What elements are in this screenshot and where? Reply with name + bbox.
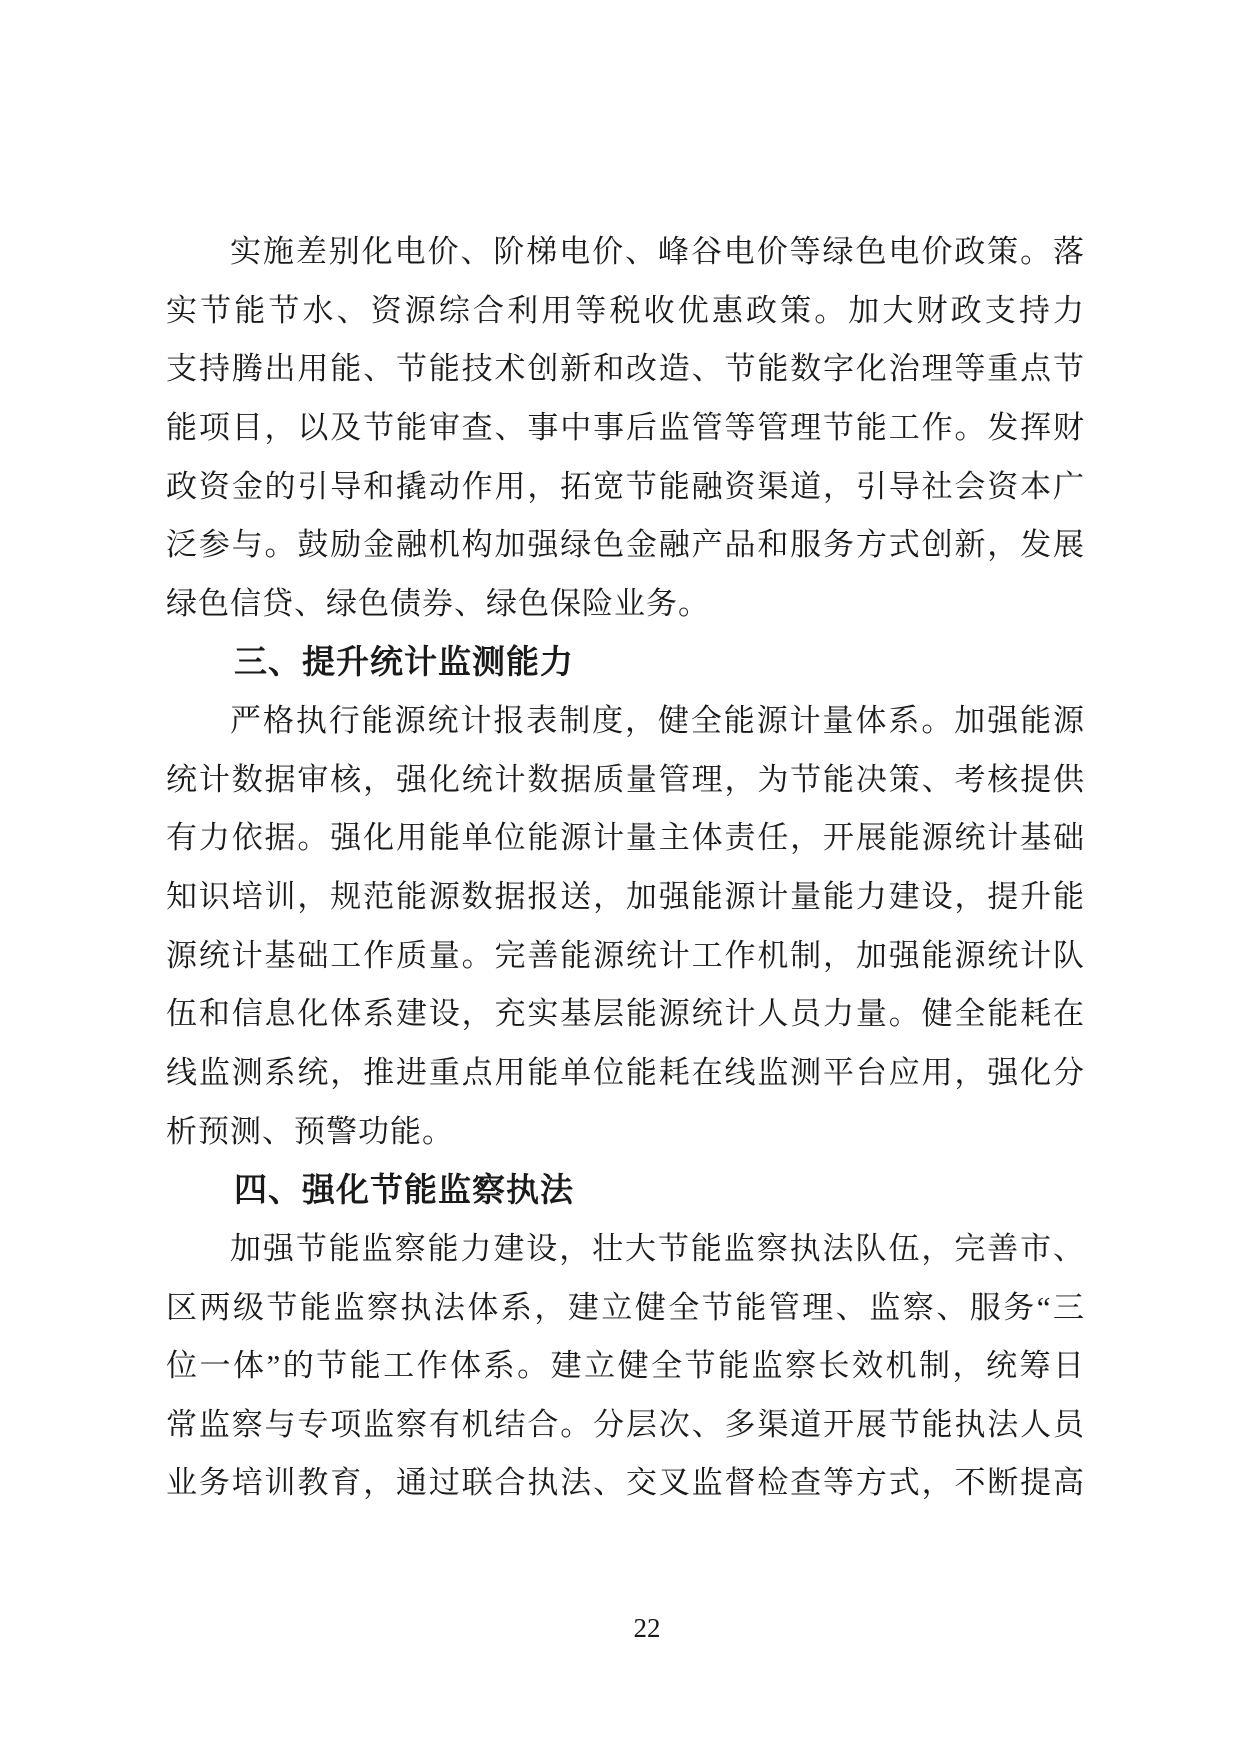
paragraph-line: 实节能节水、资源综合利用等税收优惠政策。加大财政支持力度， bbox=[166, 282, 1085, 341]
paragraph-line: 知识培训，规范能源数据报送，加强能源计量能力建设，提升能 bbox=[166, 868, 1085, 927]
paragraph-line: 常监察与专项监察有机结合。分层次、多渠道开展节能执法人员 bbox=[166, 1396, 1085, 1455]
document-body: 实施差别化电价、阶梯电价、峰谷电价等绿色电价政策。落 实节能节水、资源综合利用等… bbox=[166, 223, 1085, 1513]
paragraph-line: 统计数据审核，强化统计数据质量管理，为节能决策、考核提供 bbox=[166, 751, 1085, 810]
paragraph-line: 有力依据。强化用能单位能源计量主体责任，开展能源统计基础 bbox=[166, 809, 1085, 868]
paragraph-line: 业务培训教育，通过联合执法、交叉监督检查等方式，不断提高 bbox=[166, 1454, 1085, 1513]
paragraph-line: 源统计基础工作质量。完善能源统计工作机制，加强能源统计队 bbox=[166, 927, 1085, 986]
paragraph-line: 加强节能监察能力建设，壮大节能监察执法队伍，完善市、 bbox=[166, 1220, 1085, 1279]
paragraph-line: 绿色信贷、绿色债券、绿色保险业务。 bbox=[166, 575, 1085, 634]
page-footer: 22 bbox=[0, 1608, 1240, 1648]
paragraph-line: 伍和信息化体系建设，充实基层能源统计人员力量。健全能耗在 bbox=[166, 985, 1085, 1044]
paragraph-line: 区两级节能监察执法体系，建立健全节能管理、监察、服务“三 bbox=[166, 1279, 1085, 1338]
paragraph-line: 析预测、预警功能。 bbox=[166, 1103, 1085, 1162]
section-heading-3: 三、提升统计监测能力 bbox=[166, 633, 1085, 692]
paragraph-line: 政资金的引导和撬动作用，拓宽节能融资渠道，引导社会资本广 bbox=[166, 458, 1085, 517]
paragraph-line: 泛参与。鼓励金融机构加强绿色金融产品和服务方式创新，发展 bbox=[166, 516, 1085, 575]
paragraph-line: 严格执行能源统计报表制度，健全能源计量体系。加强能源 bbox=[166, 692, 1085, 751]
paragraph-line: 实施差别化电价、阶梯电价、峰谷电价等绿色电价政策。落 bbox=[166, 223, 1085, 282]
paragraph-line: 线监测系统，推进重点用能单位能耗在线监测平台应用，强化分 bbox=[166, 1044, 1085, 1103]
page-number: 22 bbox=[634, 1613, 661, 1643]
paragraph-line: 支持腾出用能、节能技术创新和改造、节能数字化治理等重点节 bbox=[166, 340, 1085, 399]
document-page: 实施差别化电价、阶梯电价、峰谷电价等绿色电价政策。落 实节能节水、资源综合利用等… bbox=[0, 0, 1240, 1754]
section-heading-4: 四、强化节能监察执法 bbox=[166, 1161, 1085, 1220]
paragraph-line: 位一体”的节能工作体系。建立健全节能监察长效机制，统筹日 bbox=[166, 1337, 1085, 1396]
paragraph-line: 能项目，以及节能审查、事中事后监管等管理节能工作。发挥财 bbox=[166, 399, 1085, 458]
